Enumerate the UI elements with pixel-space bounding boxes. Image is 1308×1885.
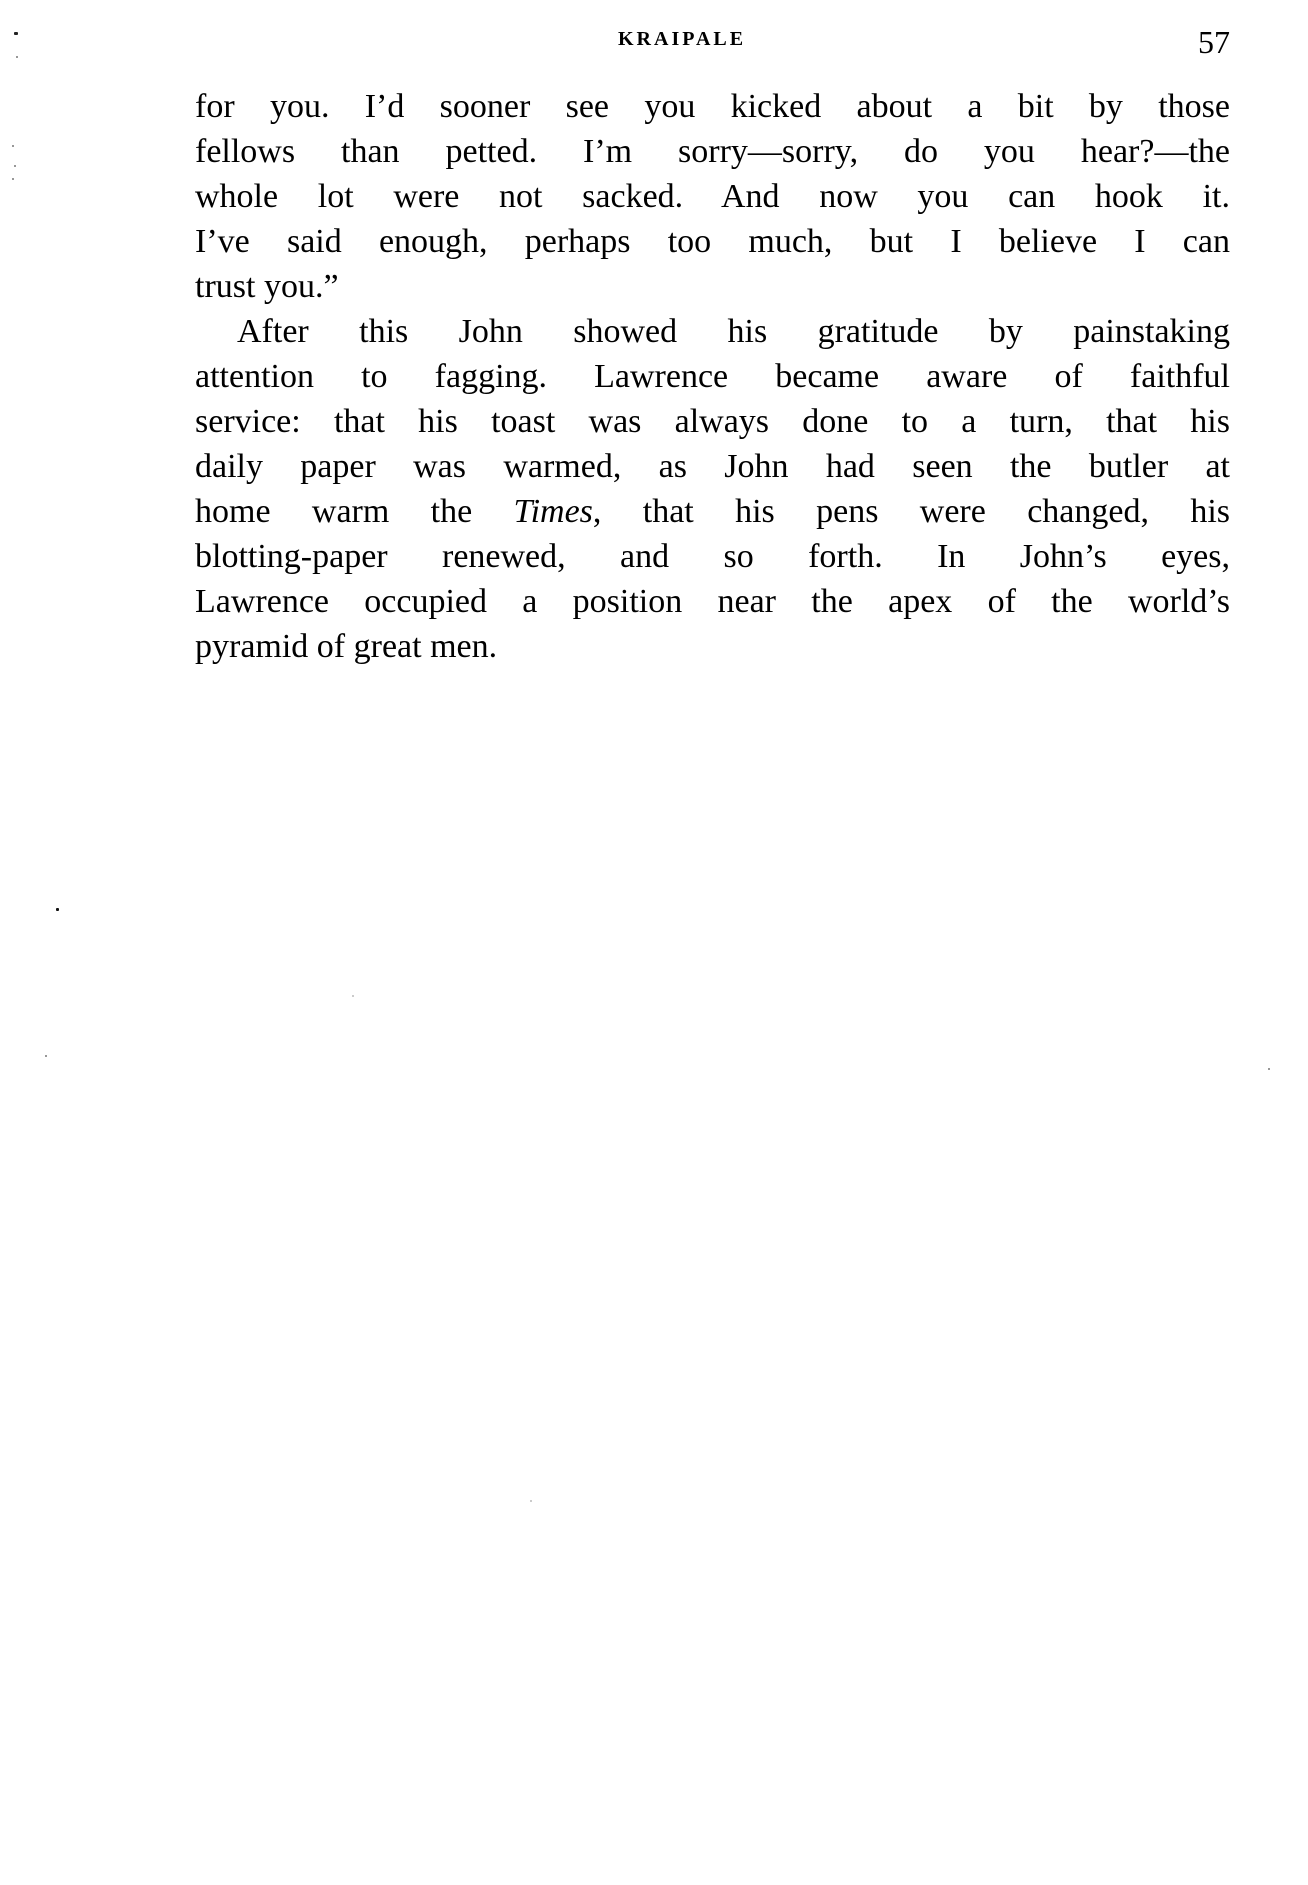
scan-speck bbox=[16, 56, 18, 58]
text-line: I’ve said enough, perhaps too much, but … bbox=[195, 219, 1230, 264]
text-line: daily paper was warmed, as John had seen… bbox=[195, 444, 1230, 489]
text-line: attention to fagging. Lawrence became aw… bbox=[195, 354, 1230, 399]
text-fragment: home warm the bbox=[195, 493, 514, 530]
text-line: service: that his toast was always done … bbox=[195, 399, 1230, 444]
page-number: 57 bbox=[1198, 24, 1230, 61]
body-text: for you. I’d sooner see you kicked about… bbox=[195, 84, 1230, 669]
paragraph-1: for you. I’d sooner see you kicked about… bbox=[195, 84, 1230, 309]
text-line: pyramid of great men. bbox=[195, 624, 1230, 669]
paragraph-2: After this John showed his gratitude by … bbox=[195, 309, 1230, 669]
scan-speck bbox=[530, 1500, 532, 1502]
scan-speck bbox=[352, 995, 354, 997]
text-line: trust you.” bbox=[195, 264, 1230, 309]
text-fragment: , that his pens were changed, his bbox=[593, 493, 1230, 530]
text-line: After this John showed his gratitude by … bbox=[195, 309, 1230, 354]
scan-speck bbox=[14, 165, 16, 167]
scan-speck bbox=[14, 32, 18, 35]
scan-speck bbox=[45, 1055, 47, 1057]
scan-speck bbox=[12, 145, 14, 147]
text-line: Lawrence occupied a position near the ap… bbox=[195, 579, 1230, 624]
text-line: blotting-paper renewed, and so forth. In… bbox=[195, 534, 1230, 579]
book-page: KRAIPALE 57 for you. I’d sooner see you … bbox=[0, 0, 1308, 1885]
text-line-with-italic: home warm the Times, that his pens were … bbox=[195, 489, 1230, 534]
scan-speck bbox=[1268, 1068, 1270, 1070]
text-line: for you. I’d sooner see you kicked about… bbox=[195, 84, 1230, 129]
scan-speck bbox=[56, 908, 59, 911]
text-line: whole lot were not sacked. And now you c… bbox=[195, 174, 1230, 219]
italic-title: Times bbox=[514, 493, 593, 530]
text-line: fellows than petted. I’m sorry—sorry, do… bbox=[195, 129, 1230, 174]
scan-speck bbox=[12, 178, 14, 180]
running-head: KRAIPALE bbox=[618, 28, 746, 51]
